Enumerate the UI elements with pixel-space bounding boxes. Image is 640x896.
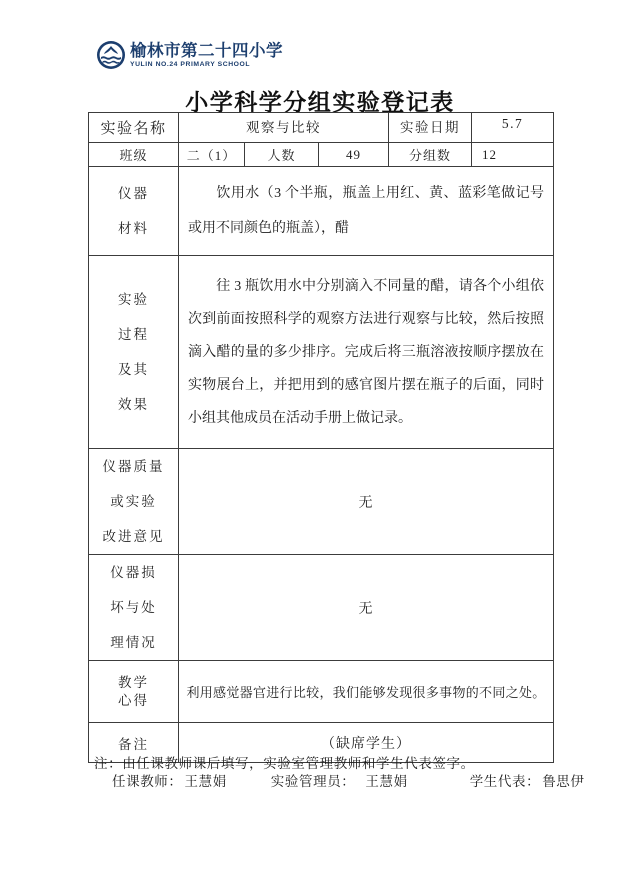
teaching-reflection-content: 利用感觉器官进行比较，我们能够发现很多事物的不同之处。 <box>179 661 554 723</box>
signature-lab-manager-label: 实验管理员： <box>271 774 356 789</box>
equipment-damage-content: 无 <box>179 555 554 661</box>
school-logo-icon <box>96 40 126 70</box>
materials-content: 饮用水（3 个半瓶，瓶盖上用红、黄、蓝彩笔做记号或用不同颜色的瓶盖），醋 <box>179 167 554 256</box>
school-name-en: YULIN NO.24 PRIMARY SCHOOL <box>130 60 283 69</box>
school-name: 榆林市第二十四小学 <box>130 43 283 60</box>
process-label: 实验 过程 及其 效果 <box>89 256 179 449</box>
row-experiment-name: 实验名称 观察与比较 实验日期 5.7 <box>89 113 554 143</box>
process-content: 往 3 瓶饮用水中分别滴入不同量的醋，请各个小组依次到前面按照科学的观察方法进行… <box>179 256 554 449</box>
equipment-quality-content: 无 <box>179 449 554 555</box>
equipment-quality-label: 仪器质量 或实验 改进意见 <box>89 449 179 555</box>
document-page: 榆林市第二十四小学 YULIN NO.24 PRIMARY SCHOOL 小学科… <box>0 0 640 896</box>
experiment-name-label: 实验名称 <box>89 113 179 143</box>
experiment-name-value: 观察与比较 <box>179 113 389 143</box>
group-count-value: 12 <box>472 143 554 167</box>
experiment-date-label: 实验日期 <box>389 113 472 143</box>
signature-line: 任课教师：王慧娟 实验管理员：王慧娟 学生代表：鲁思伊 <box>112 770 585 790</box>
student-count-label: 人数 <box>245 143 319 167</box>
materials-label: 仪器 材料 <box>89 167 179 256</box>
student-count-value: 49 <box>319 143 389 167</box>
signature-teacher-name: 王慧娟 <box>185 774 227 789</box>
signature-student-rep-name: 鲁思伊 <box>542 774 584 789</box>
row-teaching-reflection: 教学 心得 利用感觉器官进行比较，我们能够发现很多事物的不同之处。 <box>89 661 554 723</box>
signature-lab-manager: 实验管理员：王慧娟 <box>271 770 408 790</box>
row-equipment-damage: 仪器损 坏与处 理情况 无 <box>89 555 554 661</box>
row-process: 实验 过程 及其 效果 往 3 瓶饮用水中分别滴入不同量的醋，请各个小组依次到前… <box>89 256 554 449</box>
signature-student-rep: 学生代表：鲁思伊 <box>470 770 585 790</box>
experiment-date-value: 5.7 <box>472 113 554 143</box>
group-count-label: 分组数 <box>389 143 472 167</box>
signature-teacher: 任课教师：王慧娟 <box>112 770 227 790</box>
signature-lab-manager-name: 王慧娟 <box>365 774 407 789</box>
class-label: 班级 <box>89 143 179 167</box>
school-name-block: 榆林市第二十四小学 YULIN NO.24 PRIMARY SCHOOL <box>130 40 283 69</box>
equipment-damage-label: 仪器损 坏与处 理情况 <box>89 555 179 661</box>
signature-student-rep-label: 学生代表： <box>470 774 541 789</box>
teaching-reflection-label: 教学 心得 <box>89 661 179 723</box>
experiment-form-table: 实验名称 观察与比较 实验日期 5.7 班级 二（1） 人数 49 分组数 12… <box>88 112 554 763</box>
class-value: 二（1） <box>179 143 245 167</box>
school-header: 榆林市第二十四小学 YULIN NO.24 PRIMARY SCHOOL <box>96 40 283 70</box>
signature-teacher-label: 任课教师： <box>112 774 183 789</box>
footer-note: 注：由任课教师课后填写，实验室管理教师和学生代表签字。 <box>94 752 475 772</box>
row-materials: 仪器 材料 饮用水（3 个半瓶，瓶盖上用红、黄、蓝彩笔做记号或用不同颜色的瓶盖）… <box>89 167 554 256</box>
row-class-info: 班级 二（1） 人数 49 分组数 12 <box>89 143 554 167</box>
row-equipment-quality: 仪器质量 或实验 改进意见 无 <box>89 449 554 555</box>
